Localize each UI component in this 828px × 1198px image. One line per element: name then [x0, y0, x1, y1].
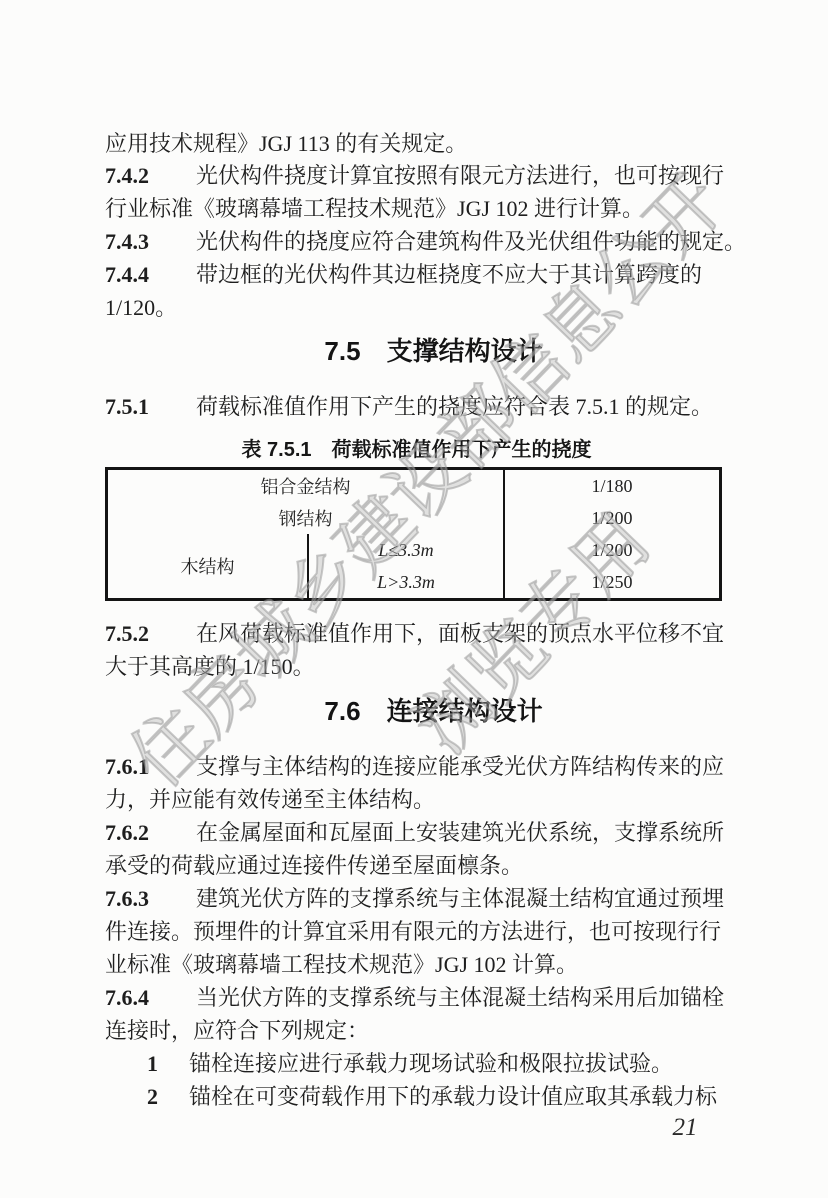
line-text: 支撑与主体结构的连接应能承受光伏方阵结构传来的应 — [196, 754, 724, 779]
clause-line: 7.4.4带边框的光伏构件其边框挠度不应大于其计算跨度的 — [105, 261, 730, 288]
line-text: 支撑结构设计 — [387, 336, 543, 366]
clause-line: 7.6.3建筑光伏方阵的支撑系统与主体混凝土结构宜通过预埋 — [105, 885, 730, 912]
clause-number: 7.4.2 — [105, 162, 162, 189]
table-cell-aluminum-label: 铝合金结构 — [108, 470, 503, 502]
text-line: 应用技术规程》JGJ 113 的有关规定。 — [105, 130, 730, 157]
clause-line: 7.4.3光伏构件的挠度应符合建筑构件及光伏组件功能的规定。 — [105, 228, 730, 255]
text-line: 力，并应能有效传递至主体结构。 — [105, 786, 730, 813]
clause-number: 7.5.2 — [105, 620, 162, 647]
line-text: 锚栓连接应进行承载力现场试验和极限拉拔试验。 — [189, 1051, 673, 1076]
line-text: 大于其高度的 1/150。 — [105, 654, 315, 679]
clause-line: 7.5.2在风荷载标准值作用下，面板支架的顶点水平位移不宜 — [105, 620, 730, 647]
list-item-line: 1锚栓连接应进行承载力现场试验和极限拉拔试验。 — [105, 1050, 730, 1077]
table-cell-wood-cond2: L>3.3m — [307, 566, 503, 598]
line-text: 光伏构件的挠度应符合建筑构件及光伏组件功能的规定。 — [196, 229, 746, 254]
line-text: 承受的荷载应通过连接件传递至屋面檩条。 — [105, 853, 523, 878]
clause-number: 7.6.4 — [105, 984, 162, 1011]
line-text: 力，并应能有效传递至主体结构。 — [105, 787, 435, 812]
line-text: 件连接。预埋件的计算宜采用有限元的方法进行，也可按现行行 — [105, 919, 721, 944]
clause-number: 7.4.3 — [105, 228, 162, 255]
line-text: 行业标准《玻璃幕墙工程技术规范》JGJ 102 进行计算。 — [105, 196, 644, 221]
text-line: 件连接。预埋件的计算宜采用有限元的方法进行，也可按现行行 — [105, 918, 730, 945]
line-text: 带边框的光伏构件其边框挠度不应大于其计算跨度的 — [196, 262, 702, 287]
table-cell-wood-cond1: L≤3.3m — [307, 534, 503, 566]
text-line: 业标准《玻璃幕墙工程技术规范》JGJ 102 计算。 — [105, 951, 730, 978]
clause-number: 7.4.4 — [105, 261, 162, 288]
table-cell-steel-value: 1/200 — [503, 502, 719, 534]
line-text: 荷载标准值作用下产生的挠度应符合表 7.5.1 的规定。 — [196, 394, 713, 419]
clause-line: 7.4.2光伏构件挠度计算宜按照有限元方法进行，也可按现行 — [105, 162, 730, 189]
table-cell-wood-value2: 1/250 — [503, 566, 719, 598]
line-text: 应用技术规程》JGJ 113 的有关规定。 — [105, 131, 467, 156]
text-line: 承受的荷载应通过连接件传递至屋面檩条。 — [105, 852, 730, 879]
line-text: 连接时，应符合下列规定： — [105, 1018, 369, 1043]
table-cell-aluminum-value: 1/180 — [503, 470, 719, 502]
list-item-number: 1 — [147, 1050, 160, 1077]
text-line: 行业标准《玻璃幕墙工程技术规范》JGJ 102 进行计算。 — [105, 195, 730, 222]
section-heading: 7.6连接结构设计 — [122, 698, 745, 725]
deflection-table: 铝合金结构 1/180 钢结构 1/200 木结构 L≤3.3m 1/200 L… — [105, 467, 722, 601]
table-cell-wood-label: 木结构 — [108, 534, 307, 598]
line-text: 在风荷载标准值作用下，面板支架的顶点水平位移不宜 — [196, 621, 724, 646]
line-text: 连接结构设计 — [387, 696, 543, 726]
clause-number: 7.6.2 — [105, 819, 162, 846]
line-text: 锚栓在可变荷载作用下的承载力设计值应取其承载力标 — [189, 1084, 717, 1109]
clause-number: 7.6 — [324, 698, 360, 725]
line-text: 光伏构件挠度计算宜按照有限元方法进行，也可按现行 — [196, 163, 724, 188]
document-page: 应用技术规程》JGJ 113 的有关规定。7.4.2光伏构件挠度计算宜按照有限元… — [0, 0, 828, 1198]
page-number: 21 — [660, 1114, 710, 1142]
clause-number: 7.6.3 — [105, 885, 162, 912]
text-line: 1/120。 — [105, 294, 730, 321]
text-line: 连接时，应符合下列规定： — [105, 1017, 730, 1044]
list-item-line: 2锚栓在可变荷载作用下的承载力设计值应取其承载力标 — [105, 1083, 730, 1110]
line-text: 1/120。 — [105, 295, 177, 320]
list-item-number: 2 — [147, 1083, 160, 1110]
line-text: 建筑光伏方阵的支撑系统与主体混凝土结构宜通过预埋 — [196, 886, 724, 911]
line-text: 在金属屋面和瓦屋面上安装建筑光伏系统，支撑系统所 — [196, 820, 724, 845]
clause-number: 7.6.1 — [105, 753, 162, 780]
section-heading: 7.5支撑结构设计 — [122, 338, 745, 365]
table-cell-steel-label: 钢结构 — [108, 502, 503, 534]
clause-line: 7.6.2在金属屋面和瓦屋面上安装建筑光伏系统，支撑系统所 — [105, 819, 730, 846]
table-caption: 表 7.5.1 荷载标准值作用下产生的挠度 — [105, 433, 728, 462]
line-text: 当光伏方阵的支撑系统与主体混凝土结构采用后加锚栓 — [196, 985, 724, 1010]
clause-line: 7.6.1支撑与主体结构的连接应能承受光伏方阵结构传来的应 — [105, 753, 730, 780]
clause-number: 7.5.1 — [105, 393, 162, 420]
line-text: 业标准《玻璃幕墙工程技术规范》JGJ 102 计算。 — [105, 952, 578, 977]
text-line: 大于其高度的 1/150。 — [105, 653, 730, 680]
clause-number: 7.5 — [324, 338, 360, 365]
clause-line: 7.5.1荷载标准值作用下产生的挠度应符合表 7.5.1 的规定。 — [105, 393, 730, 420]
table-cell-wood-value1: 1/200 — [503, 534, 719, 566]
clause-line: 7.6.4当光伏方阵的支撑系统与主体混凝土结构采用后加锚栓 — [105, 984, 730, 1011]
